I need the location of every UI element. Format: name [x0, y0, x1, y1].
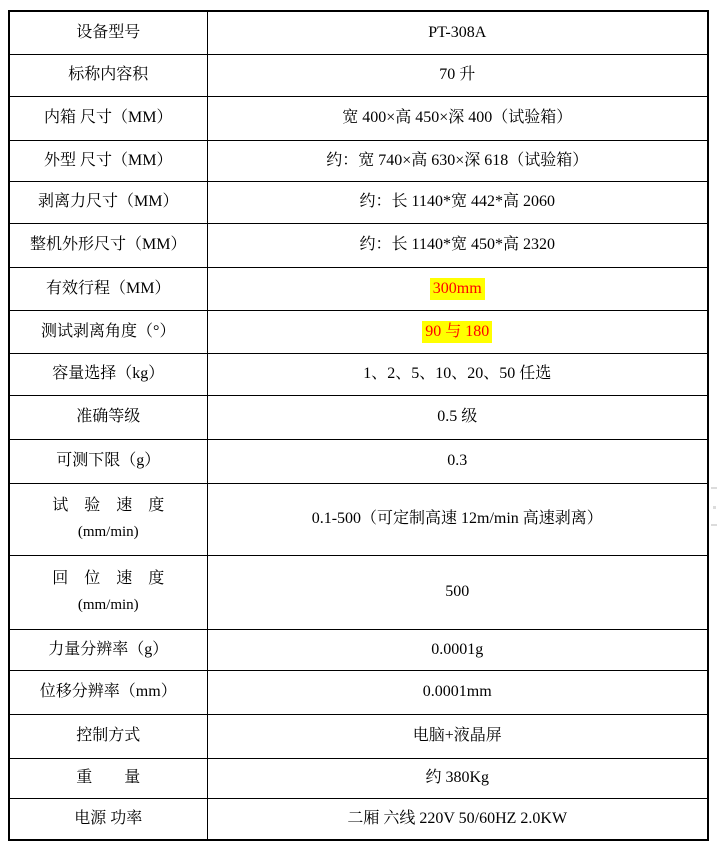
- row-label: 力量分辨率（g）: [9, 629, 207, 670]
- row-label: 标称内容积: [9, 54, 207, 96]
- row-label: 设备型号: [9, 11, 207, 54]
- row-label-line1: 回 位 速 度: [14, 569, 203, 589]
- row-value: 约：宽 740×高 630×深 618（试验箱）: [207, 140, 708, 181]
- edge-artifact: [713, 506, 716, 509]
- row-label-line2: (mm/min): [14, 523, 203, 542]
- row-value: 0.5 级: [207, 395, 708, 439]
- spec-sheet: 设备型号 PT-308A 标称内容积 70 升 内箱 尺寸（MM） 宽 400×…: [0, 0, 719, 851]
- table-row: 回 位 速 度 (mm/min) 500: [9, 555, 708, 629]
- row-label-line2: (mm/min): [14, 596, 203, 615]
- row-value: 约：长 1140*宽 450*高 2320: [207, 223, 708, 267]
- row-value: 300mm: [207, 267, 708, 310]
- row-value: 70 升: [207, 54, 708, 96]
- spec-table: 设备型号 PT-308A 标称内容积 70 升 内箱 尺寸（MM） 宽 400×…: [8, 10, 709, 841]
- table-row: 有效行程（MM） 300mm: [9, 267, 708, 310]
- row-label: 整机外形尺寸（MM）: [9, 223, 207, 267]
- row-label: 重 量: [9, 758, 207, 798]
- row-label: 控制方式: [9, 714, 207, 758]
- row-label: 试 验 速 度 (mm/min): [9, 483, 207, 555]
- table-row: 准确等级 0.5 级: [9, 395, 708, 439]
- edge-artifact: [711, 487, 717, 489]
- row-label: 容量选择（kg）: [9, 353, 207, 395]
- row-label: 可测下限（g）: [9, 439, 207, 483]
- row-label-line1: 试 验 速 度: [14, 496, 203, 516]
- row-label: 电源 功率: [9, 798, 207, 840]
- row-value: 0.0001mm: [207, 670, 708, 714]
- row-value: 0.3: [207, 439, 708, 483]
- table-row: 设备型号 PT-308A: [9, 11, 708, 54]
- table-row: 整机外形尺寸（MM） 约：长 1140*宽 450*高 2320: [9, 223, 708, 267]
- row-value: 约：长 1140*宽 442*高 2060: [207, 181, 708, 223]
- table-row: 位移分辨率（mm） 0.0001mm: [9, 670, 708, 714]
- table-row: 可测下限（g） 0.3: [9, 439, 708, 483]
- row-value: 0.0001g: [207, 629, 708, 670]
- table-row: 试 验 速 度 (mm/min) 0.1-500（可定制高速 12m/min 高…: [9, 483, 708, 555]
- table-row: 控制方式 电脑+液晶屏: [9, 714, 708, 758]
- table-row: 标称内容积 70 升: [9, 54, 708, 96]
- row-label: 有效行程（MM）: [9, 267, 207, 310]
- row-value: 二厢 六线 220V 50/60HZ 2.0KW: [207, 798, 708, 840]
- row-value: 宽 400×高 450×深 400（试验箱）: [207, 96, 708, 140]
- row-value: 90 与 180: [207, 310, 708, 353]
- row-value: 0.1-500（可定制高速 12m/min 高速剥离）: [207, 483, 708, 555]
- table-row: 容量选择（kg） 1、2、5、10、20、50 任选: [9, 353, 708, 395]
- row-value: 500: [207, 555, 708, 629]
- row-value: 约 380Kg: [207, 758, 708, 798]
- highlighted-value: 300mm: [430, 278, 485, 300]
- row-value: 电脑+液晶屏: [207, 714, 708, 758]
- table-row: 内箱 尺寸（MM） 宽 400×高 450×深 400（试验箱）: [9, 96, 708, 140]
- row-label: 内箱 尺寸（MM）: [9, 96, 207, 140]
- row-label: 剥离力尺寸（MM）: [9, 181, 207, 223]
- table-row: 外型 尺寸（MM） 约：宽 740×高 630×深 618（试验箱）: [9, 140, 708, 181]
- highlighted-value: 90 与 180: [422, 321, 492, 343]
- row-label: 准确等级: [9, 395, 207, 439]
- row-label: 位移分辨率（mm）: [9, 670, 207, 714]
- table-row: 重 量 约 380Kg: [9, 758, 708, 798]
- table-row: 剥离力尺寸（MM） 约：长 1140*宽 442*高 2060: [9, 181, 708, 223]
- row-label: 回 位 速 度 (mm/min): [9, 555, 207, 629]
- edge-artifact: [711, 524, 717, 526]
- table-row: 力量分辨率（g） 0.0001g: [9, 629, 708, 670]
- table-row: 电源 功率 二厢 六线 220V 50/60HZ 2.0KW: [9, 798, 708, 840]
- row-value: 1、2、5、10、20、50 任选: [207, 353, 708, 395]
- row-value: PT-308A: [207, 11, 708, 54]
- row-label: 外型 尺寸（MM）: [9, 140, 207, 181]
- table-row: 测试剥离角度（°） 90 与 180: [9, 310, 708, 353]
- row-label: 测试剥离角度（°）: [9, 310, 207, 353]
